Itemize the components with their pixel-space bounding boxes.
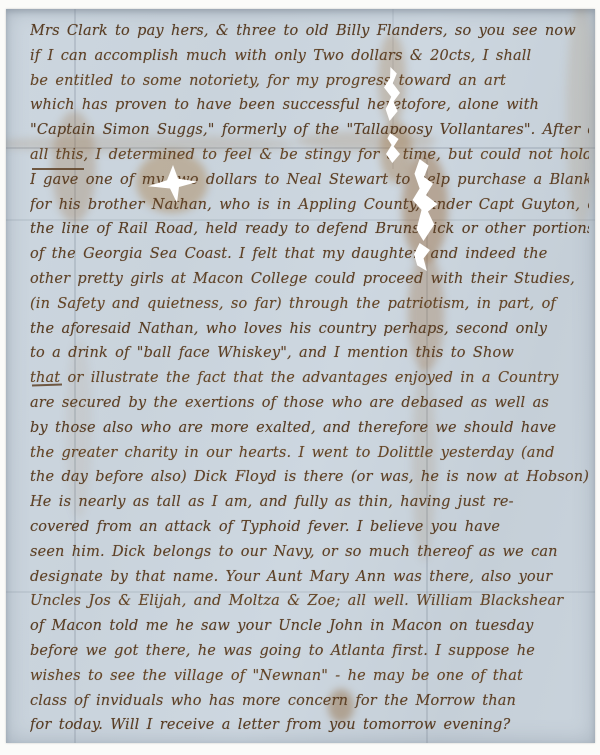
letter-line: covered from an attack of Typhoid fever.…: [30, 515, 589, 540]
letter-line: wishes to see the village of "Newnan" - …: [30, 664, 589, 689]
letter-lines: Mrs Clark to pay hers, & three to old Bi…: [30, 19, 589, 741]
letter-line: for his brother Nathan, who is in Applin…: [30, 193, 589, 218]
letter-line: the greater charity in our hearts. I wen…: [30, 441, 589, 466]
letter-line: are secured by the exertions of those wh…: [30, 391, 589, 416]
letter-line: the line of Rail Road, held ready to def…: [30, 217, 589, 242]
letter-line: to a drink of "ball face Whiskey", and I…: [30, 341, 589, 366]
letter-line: He is nearly as tall as I am, and fully …: [30, 490, 589, 515]
letter-line: which has proven to have been successful…: [30, 93, 589, 118]
letter-line: (in Safety and quietness, so far) throug…: [30, 292, 589, 317]
letter-line: be entitled to some notoriety, for my pr…: [30, 69, 589, 94]
scanned-letter-page: Mrs Clark to pay hers, & three to old Bi…: [0, 0, 600, 755]
letter-line: Mrs Clark to pay hers, & three to old Bi…: [30, 19, 589, 44]
letter-line: Uncles Jos & Elijah, and Moltza & Zoe; a…: [30, 589, 589, 614]
letter-line: class of inviduals who has more concern …: [30, 689, 589, 714]
letter-line: that or illustrate the fact that the adv…: [30, 366, 589, 391]
letter-line: of the Georgia Sea Coast. I felt that my…: [30, 242, 589, 267]
letter-line: "Captain Simon Suggs," formerly of the "…: [30, 118, 589, 143]
letter-line: the aforesaid Nathan, who loves his coun…: [30, 317, 589, 342]
letter-line: designate by that name. Your Aunt Mary A…: [30, 565, 589, 590]
letter-line: I gave one of my two dollars to Neal Ste…: [30, 168, 589, 193]
letter-line: seen him. Dick belongs to our Navy, or s…: [30, 540, 589, 565]
letter-line: other pretty girls at Macon College coul…: [30, 267, 589, 292]
letter-line: all this, I determined to feel & be stin…: [30, 143, 589, 168]
letter-line: of Macon told me he saw your Uncle John …: [30, 614, 589, 639]
ink-underline: [32, 168, 84, 170]
letter-paper: Mrs Clark to pay hers, & three to old Bi…: [6, 9, 595, 743]
letter-line: for today. Will I receive a letter from …: [30, 713, 589, 738]
letter-line: if I can accomplish much with only Two d…: [30, 44, 589, 69]
letter-line: by those also who are more exalted, and …: [30, 416, 589, 441]
letter-line: before we got there, he was going to Atl…: [30, 639, 589, 664]
letter-line: the day before also) Dick Floyd is there…: [30, 465, 589, 490]
